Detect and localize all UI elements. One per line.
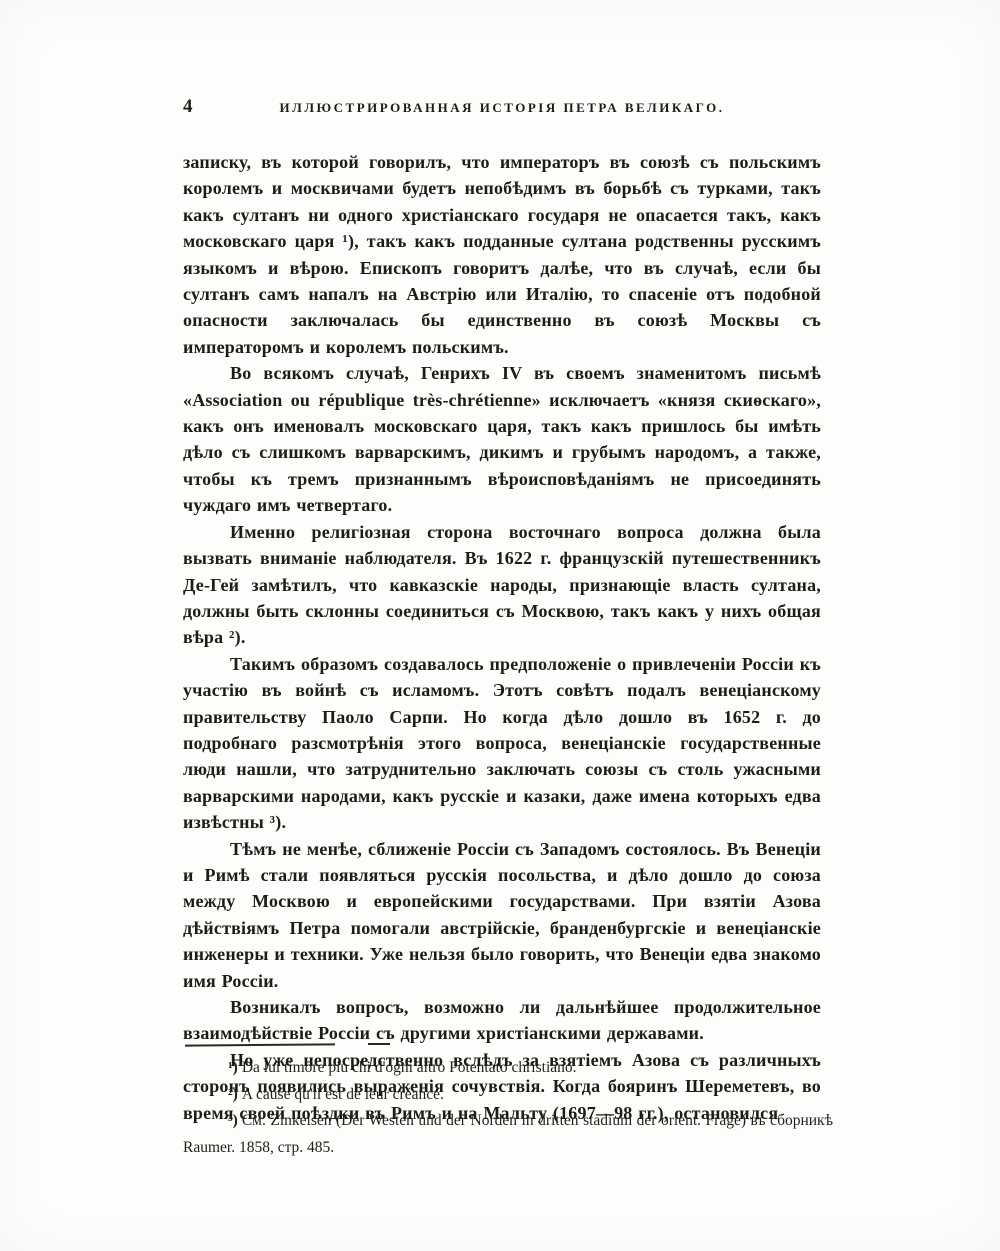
footnote-text: Da lui timore piu chi d'ogni altro Poten… [242, 1059, 577, 1076]
running-title: ИЛЛЮСТРИРОВАННАЯ ИСТОРІЯ ПЕТРА ВЕЛИКАГО. [223, 100, 781, 116]
footnote: ¹)Da lui timore piu chi d'ogni altro Pot… [183, 1055, 833, 1082]
footnotes: ¹)Da lui timore piu chi d'ogni altro Pot… [183, 1055, 833, 1161]
footnote-separator [183, 1041, 833, 1049]
footnote-marker: ¹) [228, 1059, 242, 1076]
paragraph: Именно религіозная сторона восточнаго во… [183, 519, 821, 651]
running-header: 4 ИЛЛЮСТРИРОВАННАЯ ИСТОРІЯ ПЕТРА ВЕЛИКАГ… [183, 96, 821, 120]
paragraph: записку, въ которой говорилъ, что импера… [183, 149, 821, 360]
footnote-marker: ³) [228, 1112, 242, 1129]
paragraph: Такимъ образомъ создавалось предположені… [183, 651, 821, 836]
page-number: 4 [183, 96, 193, 118]
paragraph: Во всякомъ случаѣ, Генрихъ IV въ своемъ … [183, 360, 821, 518]
body-text: записку, въ которой говорилъ, что импера… [183, 149, 821, 1126]
paragraph: Тѣмъ не менѣе, сближеніе Россіи съ Запад… [183, 836, 821, 994]
footnote-text: См. Zinkeisen (Der Westen und der Norden… [183, 1112, 833, 1156]
footnote-separator-line [185, 1043, 335, 1046]
footnote-text: A cause qu'il est de leur créance. [242, 1086, 444, 1103]
book-page: 4 ИЛЛЮСТРИРОВАННАЯ ИСТОРІЯ ПЕТРА ВЕЛИКАГ… [0, 0, 1000, 1251]
footnote-separator-dash [368, 1043, 390, 1045]
footnote: ²)A cause qu'il est de leur créance. [183, 1082, 833, 1109]
footnote-area: ¹)Da lui timore piu chi d'ogni altro Pot… [183, 1041, 833, 1161]
paragraph: Возникалъ вопросъ, возможно ли дальнѣйше… [183, 994, 821, 1047]
footnote: ³)См. Zinkeisen (Der Westen und der Nord… [183, 1108, 833, 1161]
footnote-marker: ²) [228, 1086, 242, 1103]
